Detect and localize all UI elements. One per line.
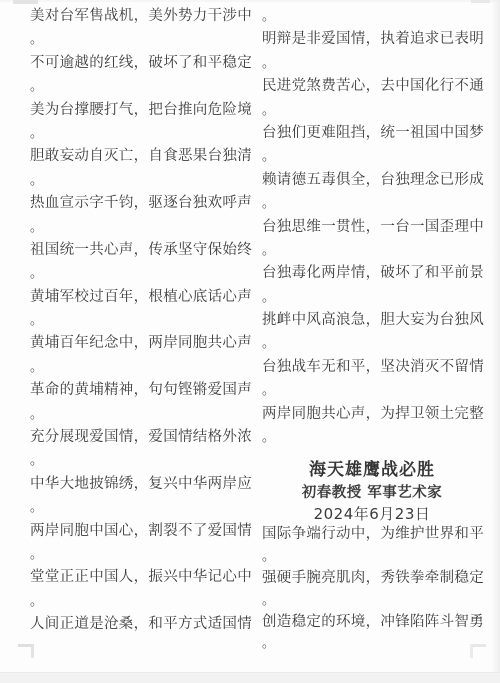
poem-title: 海天雄鹰战必胜 — [262, 458, 482, 483]
poem-line: 热血宣示字千钧，驱逐台独欢呼声 — [30, 192, 254, 215]
heading-block: 海天雄鹰战必胜 初春教授 军事艺术家 2024年6月23日 — [262, 458, 482, 524]
poem-line: 中华大地披锦绣，复兴中华两岸应 — [30, 473, 254, 496]
crop-corner-bottom-right-icon — [470, 644, 486, 658]
photo-edge-top — [0, 0, 500, 2]
poem-line: 两岸同胞共心声，为捍卫领土完整 — [262, 403, 482, 426]
period-line: 。 — [262, 239, 482, 262]
poem-line: 两岸同胞中国心，割裂不了爱国情 — [30, 520, 254, 543]
page-content: 美对台军售战机，美外势力干涉中。不可逾越的红线，破坏了和平稳定。美为台撑腰打气，… — [0, 0, 500, 683]
poem-line: 强硬手腕亮肌肉，秀铁拳牵制稳定 — [262, 568, 482, 590]
period-line: 。 — [262, 546, 482, 568]
poem-line: 国际争端行动中，为维护世界和平 — [262, 524, 482, 546]
period-line: 。 — [30, 356, 254, 379]
poem-line: 创造稳定的环境，冲锋陷阵斗智勇 — [262, 612, 482, 634]
period-line: 。 — [262, 332, 482, 355]
period-line: 。 — [30, 403, 254, 426]
period-line: 。 — [30, 169, 254, 192]
period-line: 。 — [262, 379, 482, 402]
right-column-bottom-lines: 国际争端行动中，为维护世界和平。强硬手腕亮肌肉，秀铁拳牵制稳定。创造稳定的环境，… — [262, 524, 482, 655]
period-line: 。 — [262, 145, 482, 168]
left-column: 美对台军售战机，美外势力干涉中。不可逾越的红线，破坏了和平稳定。美为台撑腰打气，… — [30, 5, 254, 637]
poem-line: 赖请德五毒俱全，台独理念已形成 — [262, 169, 482, 192]
crop-corner-bottom-left-icon — [18, 644, 34, 658]
poem-line: 台独战车无和平，坚决消灭不留情 — [262, 356, 482, 379]
period-line: 。 — [262, 426, 482, 449]
poem-line: 美为台撑腰打气，把台推向危险境 — [30, 99, 254, 122]
photo-edge-right — [491, 0, 500, 683]
poem-line: 堂堂正正中国人，振兴中华记心中 — [30, 566, 254, 589]
poem-line: 明辩是非爱国情，执着追求已表明 — [262, 28, 482, 51]
right-column: 。明辩是非爱国情，执着追求已表明。民进党煞费苦心，去中国化行不通。台独们更难阻挡… — [262, 5, 482, 655]
poem-line: 人间正道是沧桑，和平方式适国情 — [30, 613, 254, 636]
period-line: 。 — [262, 99, 482, 122]
poem-line: 黄埔百年纪念中，两岸同胞共心声 — [30, 332, 254, 355]
period-line: 。 — [30, 75, 254, 98]
period-line: 。 — [262, 590, 482, 612]
period-line: 。 — [262, 192, 482, 215]
poem-line: 挑衅中风高浪急，胆大妄为台独风 — [262, 309, 482, 332]
date-line: 2024年6月23日 — [262, 504, 482, 524]
crop-mark-top-left-icon — [13, 0, 38, 4]
period-line: 。 — [30, 122, 254, 145]
period-line: 。 — [30, 28, 254, 51]
period-line: 。 — [262, 286, 482, 309]
period-line: 。 — [30, 262, 254, 285]
period-line: 。 — [262, 52, 482, 75]
poem-line: 黄埔军校过百年，根植心底话心声 — [30, 286, 254, 309]
period-line: 。 — [30, 543, 254, 566]
poem-line: 充分展现爱国情，爱国情结格外浓 — [30, 426, 254, 449]
period-line: 。 — [30, 590, 254, 613]
document-page: 美对台军售战机，美外势力干涉中。不可逾越的红线，破坏了和平稳定。美为台撑腰打气，… — [0, 0, 500, 683]
period-line: 。 — [262, 5, 482, 28]
poem-line: 台独们更难阻挡，统一祖国中国梦 — [262, 122, 482, 145]
period-line: 。 — [30, 496, 254, 519]
crop-mark-top-right-icon — [471, 0, 490, 3]
poem-line: 台独毒化两岸情，破坏了和平前景 — [262, 262, 482, 285]
author-byline: 初春教授 军事艺术家 — [262, 483, 482, 504]
period-line: 。 — [30, 216, 254, 239]
poem-line: 胆敢妄动自灭亡，自食恶果台独清 — [30, 145, 254, 168]
photo-edge-bottom — [0, 672, 500, 683]
poem-line: 台独思维一贯性，一台一国歪理中 — [262, 216, 482, 239]
poem-line: 不可逾越的红线，破坏了和平稳定 — [30, 52, 254, 75]
poem-line: 美对台军售战机，美外势力干涉中 — [30, 5, 254, 28]
poem-line: 民进党煞费苦心，去中国化行不通 — [262, 75, 482, 98]
period-line: 。 — [30, 449, 254, 472]
period-line: 。 — [30, 309, 254, 332]
right-column-top-lines: 。明辩是非爱国情，执着追求已表明。民进党煞费苦心，去中国化行不通。台独们更难阻挡… — [262, 5, 482, 449]
poem-line: 革命的黄埔精神，句句铿锵爱国声 — [30, 379, 254, 402]
poem-line: 祖国统一共心声，传承坚守保始终 — [30, 239, 254, 262]
period-line: 。 — [262, 633, 482, 655]
